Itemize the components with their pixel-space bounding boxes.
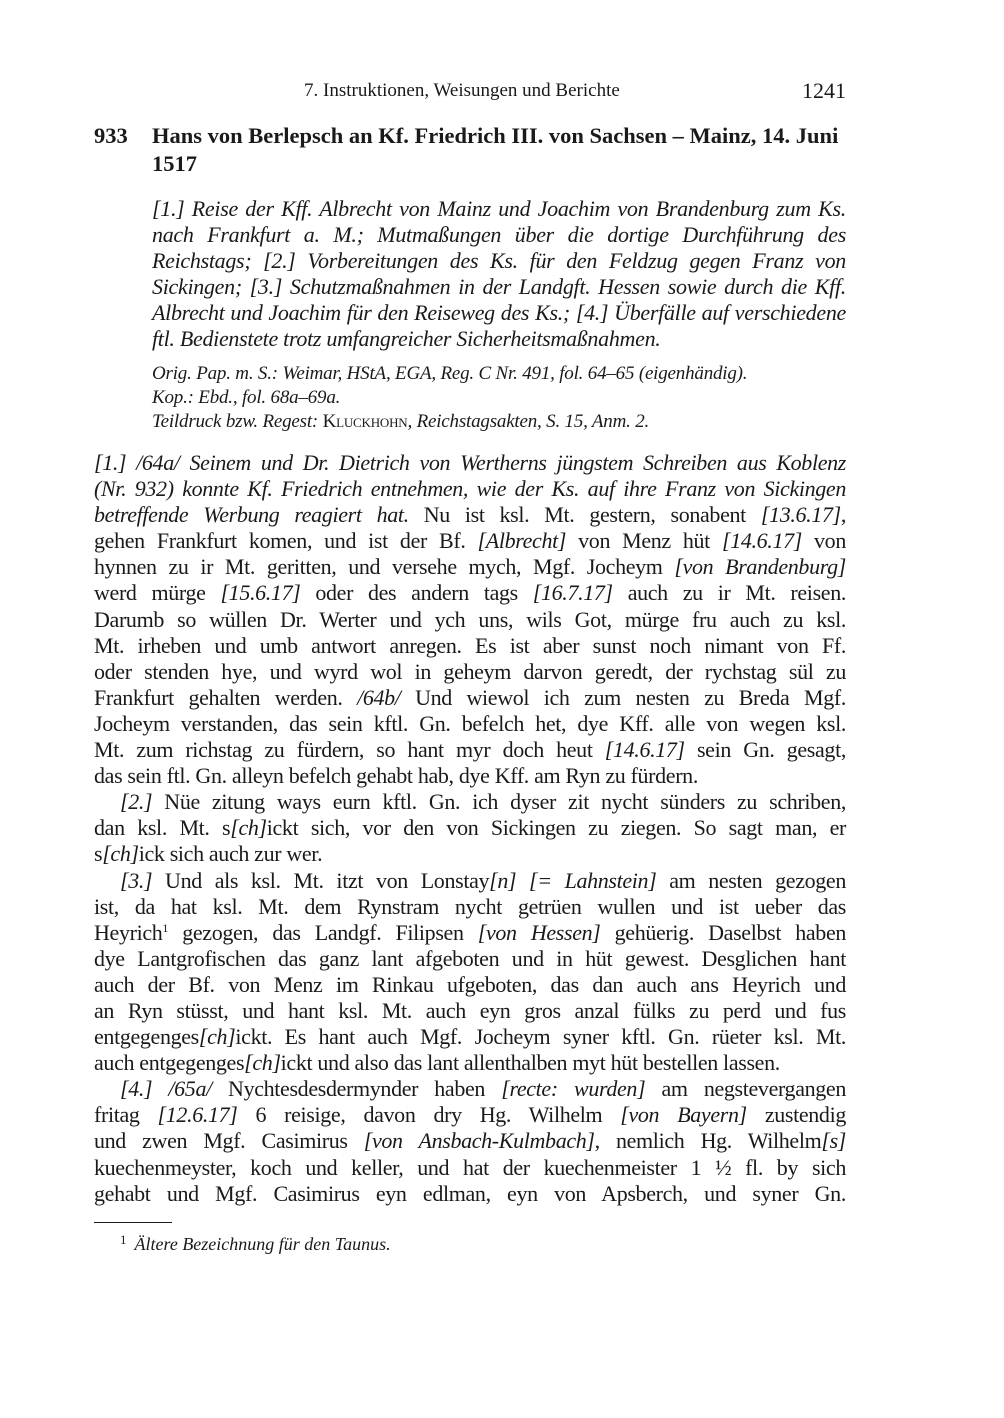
running-title: 7. Instruktionen, Weisungen und Berichte (304, 80, 620, 102)
text-line: kuechenmeyster, koch und keller, und hat… (94, 1155, 846, 1181)
footnote-mark: 1 (120, 1232, 127, 1247)
footnote-divider (94, 1222, 172, 1223)
text-line: [1.] /64a/ Seinem und Dr. Dietrich von W… (94, 450, 846, 476)
text-line: fritag [12.6.17] 6 reisige, davon dry Hg… (94, 1102, 846, 1128)
document-title: Hans von Berlepsch an Kf. Friedrich III.… (152, 122, 846, 178)
text-line: [3.] Und als ksl. Mt. itzt von Lonstay[n… (94, 868, 846, 894)
text-line: Darumb so wüllen Dr. Werter und ych uns,… (94, 607, 846, 633)
document-heading: 933 Hans von Berlepsch an Kf. Friedrich … (94, 122, 846, 178)
source-partial-print: Teildruck bzw. Regest: Kluckhohn, Reichs… (152, 410, 846, 434)
text-line: werd mürge [15.6.17] oder des andern tag… (94, 580, 846, 606)
text-line: Mt. irheben und umb antwort anregen. Es … (94, 633, 846, 659)
text-line: auch entgegenges[ch]ickt und also das la… (94, 1050, 846, 1076)
text-line: das sein ftl. Gn. alleyn befelch gehabt … (94, 763, 846, 789)
letter-body-text: [1.] /64a/ Seinem und Dr. Dietrich von W… (94, 450, 846, 1207)
footnote-item: 1Ältere Bezeichnung für den Taunus. (120, 1228, 391, 1256)
text-line: dan ksl. Mt. s[ch]ickt sich, vor den von… (94, 815, 846, 841)
text-line: auch der Bf. von Menz im Rinkau ufgebote… (94, 972, 846, 998)
text-line: entgegenges[ch]ickt. Es hant auch Mgf. J… (94, 1024, 846, 1050)
footnotes: 1Ältere Bezeichnung für den Taunus. (120, 1228, 391, 1256)
text-line: Frankfurt gehalten werden. /64b/ Und wie… (94, 685, 846, 711)
text-line: an Ryn stüsst, und hant ksl. Mt. auch ey… (94, 998, 846, 1024)
document-summary: [1.] Reise der Kff. Albrecht von Mainz u… (152, 196, 846, 352)
text-line: [2.] Nüe zitung ways eurn kftl. Gn. ich … (94, 789, 846, 815)
text-line: gehen Frankfurt komen, und ist der Bf. [… (94, 528, 846, 554)
text-line: gehabt und Mgf. Casimirus eyn edlman, ey… (94, 1181, 846, 1207)
text-line: hynnen zu ir Mt. geritten, und versehe m… (94, 554, 846, 580)
source-original: Orig. Pap. m. S.: Weimar, HStA, EGA, Reg… (152, 362, 846, 386)
text-line: Heyrich1 gezogen, das Landgf. Filipsen [… (94, 920, 846, 946)
text-line: s[ch]ick sich auch zur wer. (94, 841, 846, 867)
text-line: [4.] /65a/ Nychtesdesdermynder haben [re… (94, 1076, 846, 1102)
document-number: 933 (94, 122, 128, 150)
text-line: dye Lantgrofischen das ganz lant afgebot… (94, 946, 846, 972)
text-line: oder stenden hye, und wyrd wol in geheym… (94, 659, 846, 685)
text-line: betreffende Werbung reagiert hat. Nu ist… (94, 502, 846, 528)
page-number: 1241 (802, 78, 846, 104)
text-line: ist, da hat ksl. Mt. dem Rynstram nycht … (94, 894, 846, 920)
source-copy: Kop.: Ebd., fol. 68a–69a. (152, 386, 846, 410)
text-line: (Nr. 932) konnte Kf. Friedrich entnehmen… (94, 476, 846, 502)
text-line: und zwen Mgf. Casimirus [von Ansbach-Kul… (94, 1128, 846, 1154)
footnote-text: Ältere Bezeichnung für den Taunus. (135, 1234, 391, 1254)
text-line: Jocheym verstanden, das sein kftl. Gn. b… (94, 711, 846, 737)
running-header: 7. Instruktionen, Weisungen und Berichte… (94, 80, 846, 110)
text-line: Mt. zum richstag zu fürdern, so hant myr… (94, 737, 846, 763)
author-name: Kluckhohn (323, 411, 408, 432)
source-citations: Orig. Pap. m. S.: Weimar, HStA, EGA, Reg… (152, 362, 846, 434)
